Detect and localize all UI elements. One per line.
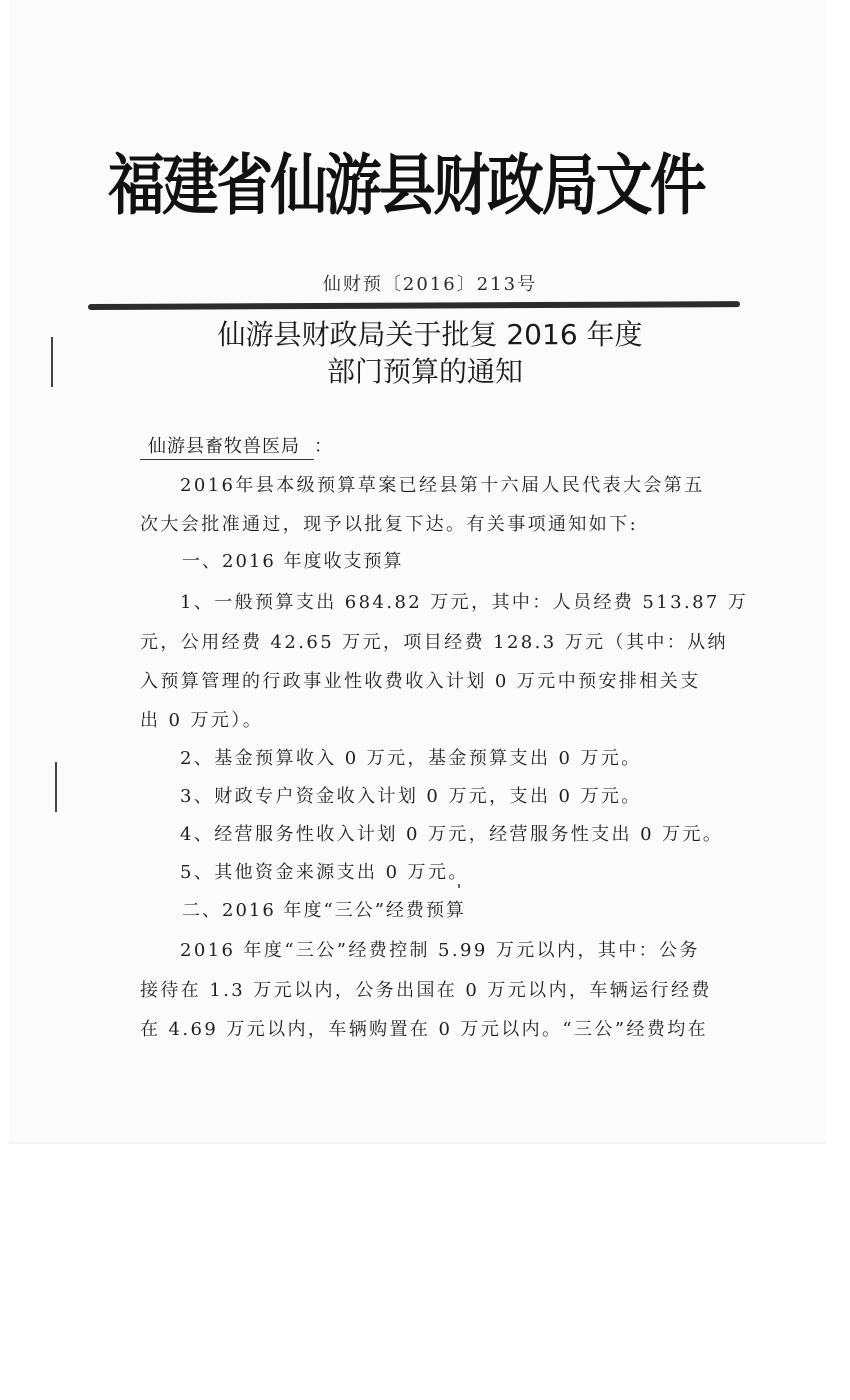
addressee-colon: ：	[314, 436, 333, 457]
body-paragraph-line: 2016年县本级预算草案已经县第十六届人民代表大会第五	[180, 473, 788, 499]
body-paragraph-line: 次大会批准通过，现予以批复下达。有关事项通知如下:	[140, 512, 748, 538]
addressee-name: 仙游县畜牧兽医局	[140, 432, 314, 460]
addressee: 仙游县畜牧兽医局：	[148, 432, 333, 460]
document-number: 仙财预〔2016〕213号	[0, 270, 850, 296]
section-heading-1: 一、2016 年度收支预算	[182, 549, 790, 575]
binding-margin-mark	[51, 337, 53, 387]
body-paragraph-line: 在 4.69 万元以内，车辆购置在 0 万元以内。“三公”经费均在	[140, 1017, 748, 1043]
body-list-item: 5、其他资金来源支出 0 万元。	[180, 860, 788, 886]
body-paragraph-line: 接待在 1.3 万元以内，公务出国在 0 万元以内，车辆运行经费	[140, 978, 748, 1004]
body-list-item: 3、财政专户资金收入计划 0 万元，支出 0 万元。	[180, 784, 788, 810]
body-paragraph-line: 出 0 万元）。	[140, 708, 748, 734]
body-paragraph-line: 1、一般预算支出 684.82 万元，其中：人员经费 513.87 万	[180, 590, 788, 616]
body-paragraph-line: 入预算管理的行政事业性收费收入计划 0 万元中预安排相关支	[140, 669, 748, 695]
body-paragraph-line: 2016 年度“三公”经费控制 5.99 万元以内，其中：公务	[180, 938, 788, 964]
notice-title-line-1: 仙游县财政局关于批复 2016 年度	[0, 313, 850, 353]
section-heading-2: 二、2016 年度“三公”经费预算	[182, 898, 790, 924]
body-list-item: 4、经营服务性收入计划 0 万元，经营服务性支出 0 万元。	[180, 822, 788, 848]
notice-title-line-2: 部门预算的通知	[0, 350, 850, 390]
binding-margin-mark	[55, 762, 57, 812]
body-paragraph-line: 元，公用经费 42.65 万元，项目经费 128.3 万元（其中：从纳	[140, 630, 748, 656]
body-list-item: 2、基金预算收入 0 万元，基金预算支出 0 万元。	[180, 746, 788, 772]
document-masthead: 福建省仙游县财政局文件	[108, 140, 624, 232]
scan-speck	[458, 884, 460, 888]
